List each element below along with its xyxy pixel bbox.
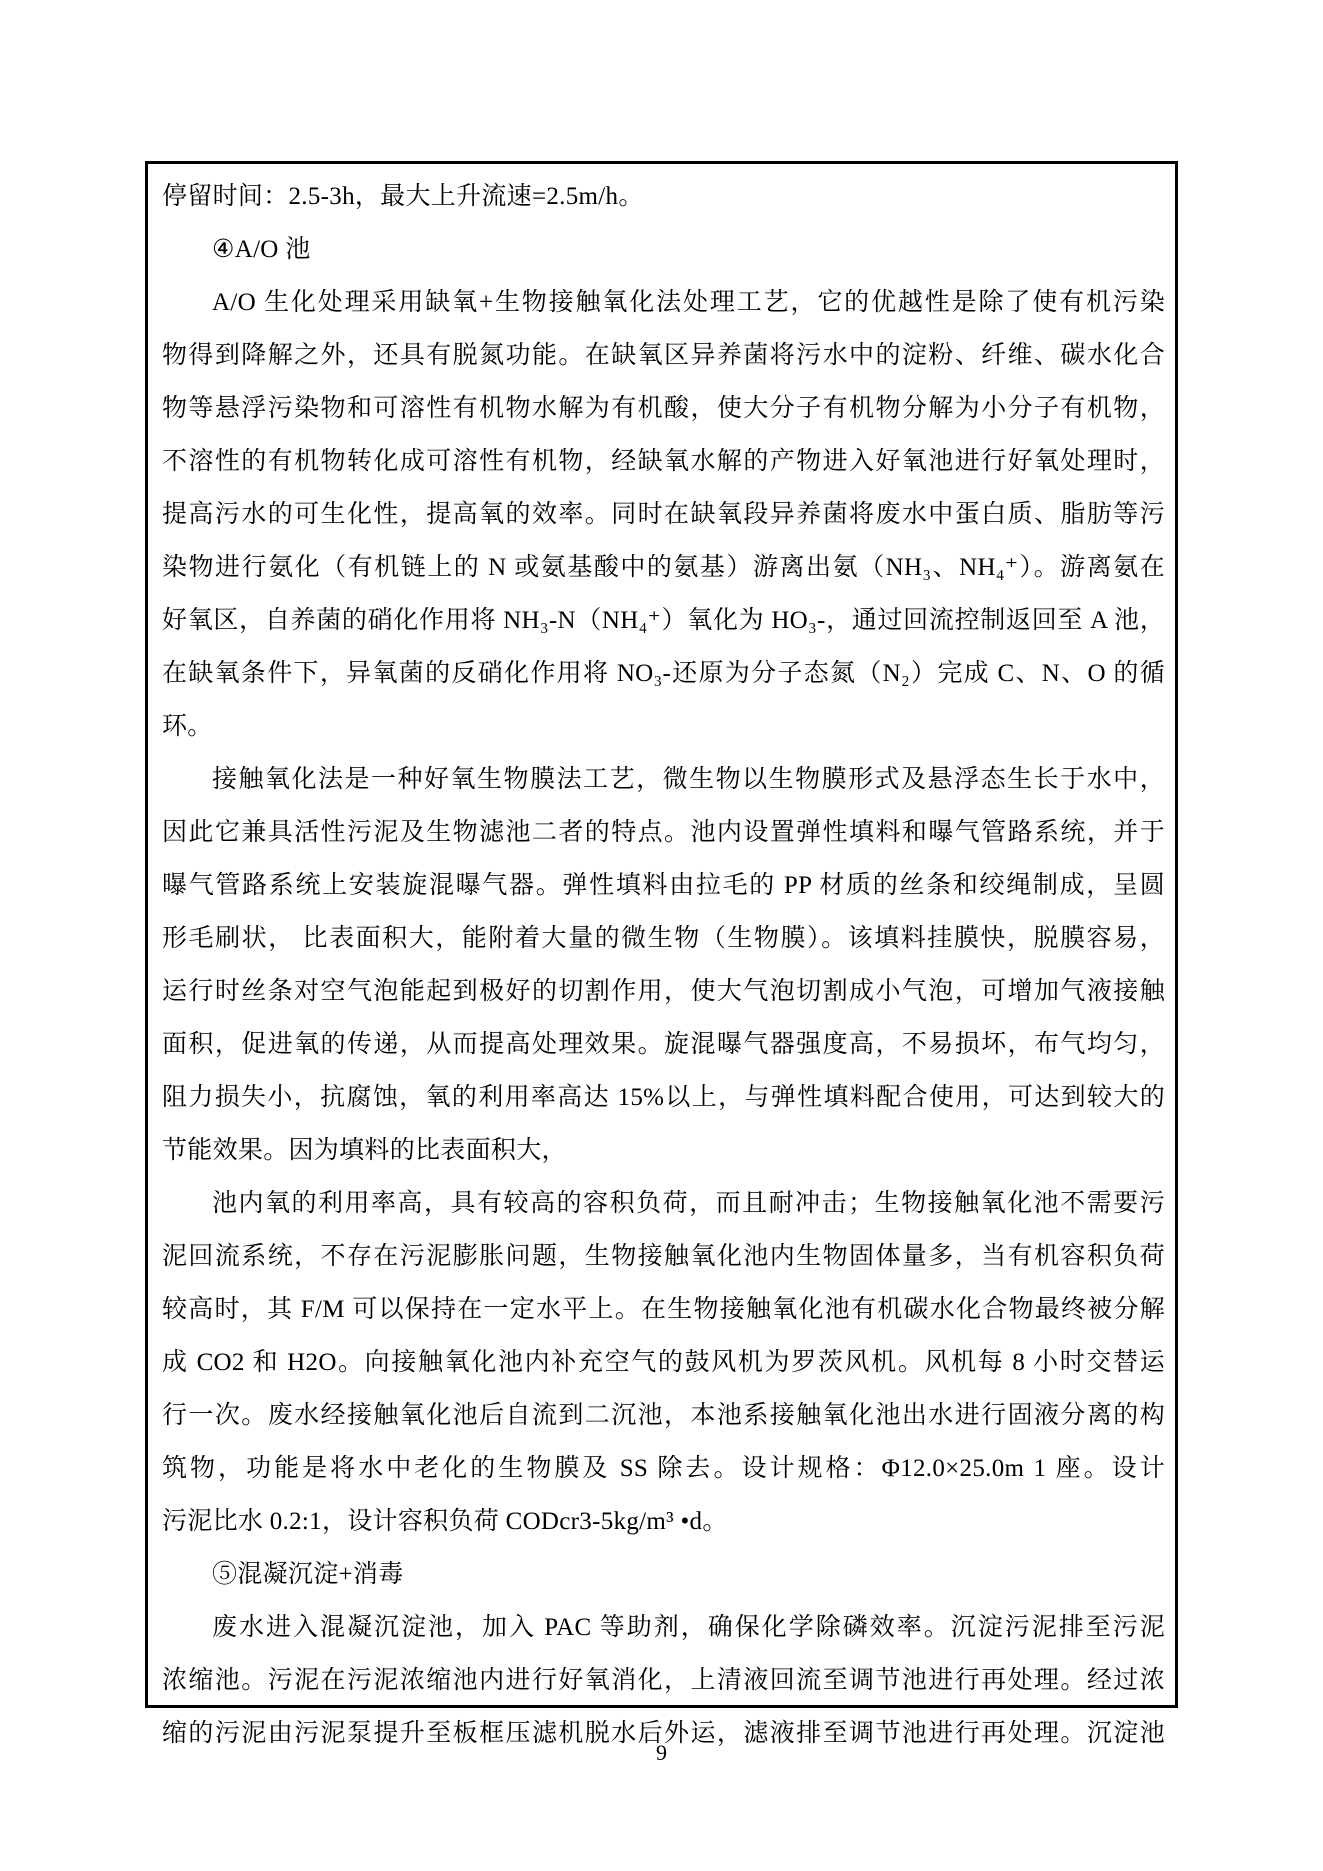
text-line: 运行时丝条对空气泡能起到极好的切割作用，使大气泡切割成小气泡，可增加气液接触 bbox=[162, 965, 1165, 1018]
text-line: 形毛刷状， 比表面积大，能附着大量的微生物（生物膜）。该填料挂膜快，脱膜容易， bbox=[162, 912, 1165, 965]
text-line: 节能效果。因为填料的比表面积大， bbox=[162, 1124, 1165, 1177]
text-line: ⑤混凝沉淀+消毒 bbox=[162, 1548, 1165, 1601]
text-line: 浓缩池。污泥在污泥浓缩池内进行好氧消化，上清液回流至调节池进行再处理。经过浓 bbox=[162, 1654, 1165, 1707]
text-line: 池内氧的利用率高，具有较高的容积负荷，而且耐冲击；生物接触氧化池不需要污 bbox=[162, 1177, 1165, 1230]
text-line: ④A/O 池 bbox=[162, 223, 1165, 276]
text-line: 不溶性的有机物转化成可溶性有机物，经缺氧水解的产物进入好氧池进行好氧处理时， bbox=[162, 435, 1165, 488]
page-number: 9 bbox=[0, 1740, 1323, 1766]
text-line: 接触氧化法是一种好氧生物膜法工艺，微生物以生物膜形式及悬浮态生长于水中， bbox=[162, 753, 1165, 806]
text-line: 环。 bbox=[162, 700, 1165, 753]
text-line: 在缺氧条件下，异氧菌的反硝化作用将 NO₃-还原为分子态氮（N₂）完成 C、N、… bbox=[162, 647, 1165, 700]
text-line: 物得到降解之外，还具有脱氮功能。在缺氧区异养菌将污水中的淀粉、纤维、碳水化合 bbox=[162, 329, 1165, 382]
text-line: 因此它兼具活性污泥及生物滤池二者的特点。池内设置弹性填料和曝气管路系统，并于 bbox=[162, 806, 1165, 859]
text-line: A/O 生化处理采用缺氧+生物接触氧化法处理工艺，它的优越性是除了使有机污染 bbox=[162, 276, 1165, 329]
text-line: 泥回流系统，不存在污泥膨胀问题，生物接触氧化池内生物固体量多，当有机容积负荷 bbox=[162, 1230, 1165, 1283]
text-line: 曝气管路系统上安装旋混曝气器。弹性填料由拉毛的 PP 材质的丝条和绞绳制成，呈圆 bbox=[162, 859, 1165, 912]
text-line: 停留时间：2.5-3h，最大上升流速=2.5m/h。 bbox=[162, 170, 1165, 223]
text-line: 提高污水的可生化性，提高氧的效率。同时在缺氧段异养菌将废水中蛋白质、脂肪等污 bbox=[162, 488, 1165, 541]
text-frame: 停留时间：2.5-3h，最大上升流速=2.5m/h。④A/O 池A/O 生化处理… bbox=[145, 161, 1178, 1708]
text-line: 成 CO2 和 H2O。向接触氧化池内补充空气的鼓风机为罗茨风机。风机每 8 小… bbox=[162, 1336, 1165, 1389]
text-line: 较高时，其 F/M 可以保持在一定水平上。在生物接触氧化池有机碳水化合物最终被分… bbox=[162, 1283, 1165, 1336]
text-line: 面积，促进氧的传递，从而提高处理效果。旋混曝气器强度高，不易损坏，布气均匀， bbox=[162, 1018, 1165, 1071]
text-line: 行一次。废水经接触氧化池后自流到二沉池，本池系接触氧化池出水进行固液分离的构 bbox=[162, 1389, 1165, 1442]
text-line: 物等悬浮污染物和可溶性有机物水解为有机酸，使大分子有机物分解为小分子有机物， bbox=[162, 382, 1165, 435]
text-line: 筑物，功能是将水中老化的生物膜及 SS 除去。设计规格：Φ12.0×25.0m … bbox=[162, 1442, 1165, 1495]
text-line: 废水进入混凝沉淀池，加入 PAC 等助剂，确保化学除磷效率。沉淀污泥排至污泥 bbox=[162, 1601, 1165, 1654]
text-line: 污泥比水 0.2:1，设计容积负荷 CODcr3-5kg/m³ •d。 bbox=[162, 1495, 1165, 1548]
text-line: 好氧区，自养菌的硝化作用将 NH₃-N（NH₄⁺）氧化为 HO₃-，通过回流控制… bbox=[162, 594, 1165, 647]
text-line: 染物进行氨化（有机链上的 N 或氨基酸中的氨基）游离出氨（NH₃、NH₄⁺）。游… bbox=[162, 541, 1165, 594]
text-line: 阻力损失小，抗腐蚀，氧的利用率高达 15%以上，与弹性填料配合使用，可达到较大的 bbox=[162, 1071, 1165, 1124]
body-text: 停留时间：2.5-3h，最大上升流速=2.5m/h。④A/O 池A/O 生化处理… bbox=[162, 170, 1165, 1760]
